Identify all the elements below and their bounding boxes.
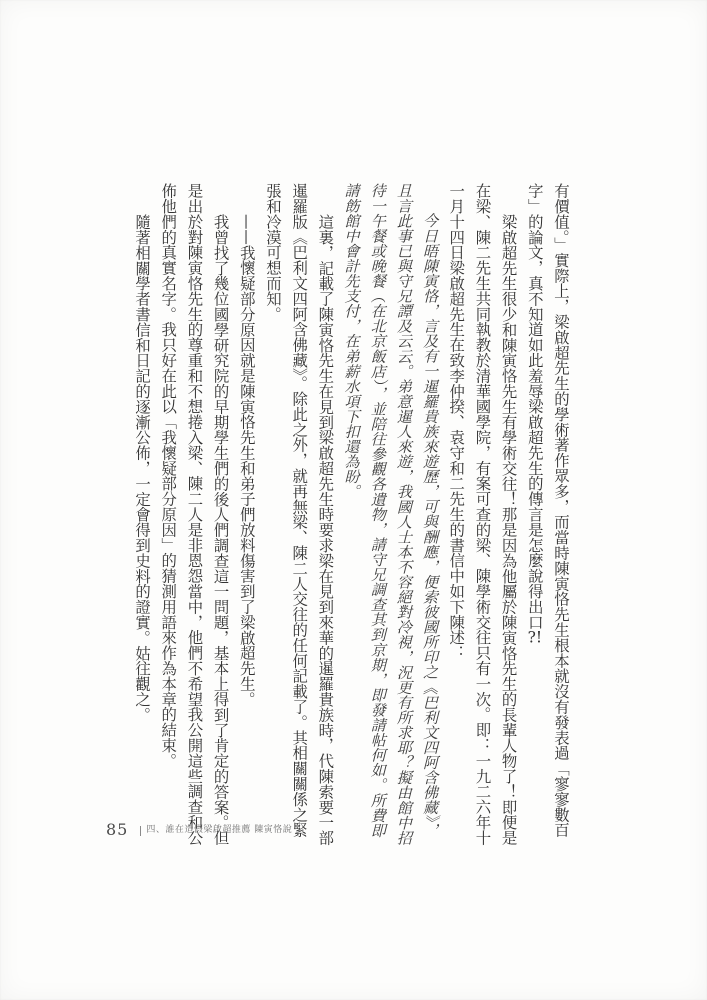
page-number: 85 [106,820,128,839]
chapter-running-title: 四、誰在造假梁啟超推薦 陳寅恪說 [140,825,292,836]
body-text: 有價值。」實際上，梁啟超先生的學術著作眾多，而當時陳寅恪先生根本就沒有發表過「寥… [129,183,574,847]
paragraph: 有價值。」實際上，梁啟超先生的學術著作眾多，而當時陳寅恪先生根本就沒有發表過「寥… [522,183,574,847]
scanned-book-page: 有價值。」實際上，梁啟超先生的學術著作眾多，而當時陳寅恪先生根本就沒有發表過「寥… [0,0,707,1000]
footer-divider-bar [140,826,141,836]
chapter-title-text: 四、誰在造假梁啟超推薦 陳寅恪說 [146,825,292,836]
letter-quote-paragraph: 今日晤陳寅恪，言及有一暹羅貴族來遊歷，可與酬應，便索彼國所印之《巴利文四阿含佛藏… [338,183,443,847]
paragraph: 梁啟超先生很少和陳寅恪先生有學術交往！那是因為他屬於陳寅恪先生的長輩人物了！即便… [443,183,522,847]
paragraph: ——我懷疑部分原因就是陳寅恪先生和弟子們放料傷害到了梁啟超先生。 [234,183,260,847]
paragraph: 這裏，記載了陳寅恪先生在見到梁啟超先生時要求梁在見到來華的暹羅貴族時，代陳索要一… [260,183,339,847]
paragraph: 我曾找了幾位國學研究院的早期學生們的後人們調查這一問題，基本上得到了肯定的答案。… [155,183,234,847]
paragraph: 隨著相關學者書信和日記的逐漸公佈，一定會得到史料的證實。姑往觀之。 [129,183,155,847]
page-footer: 85 四、誰在造假梁啟超推薦 陳寅恪說 [106,820,292,839]
upright-punctuation: ?! [526,630,544,645]
